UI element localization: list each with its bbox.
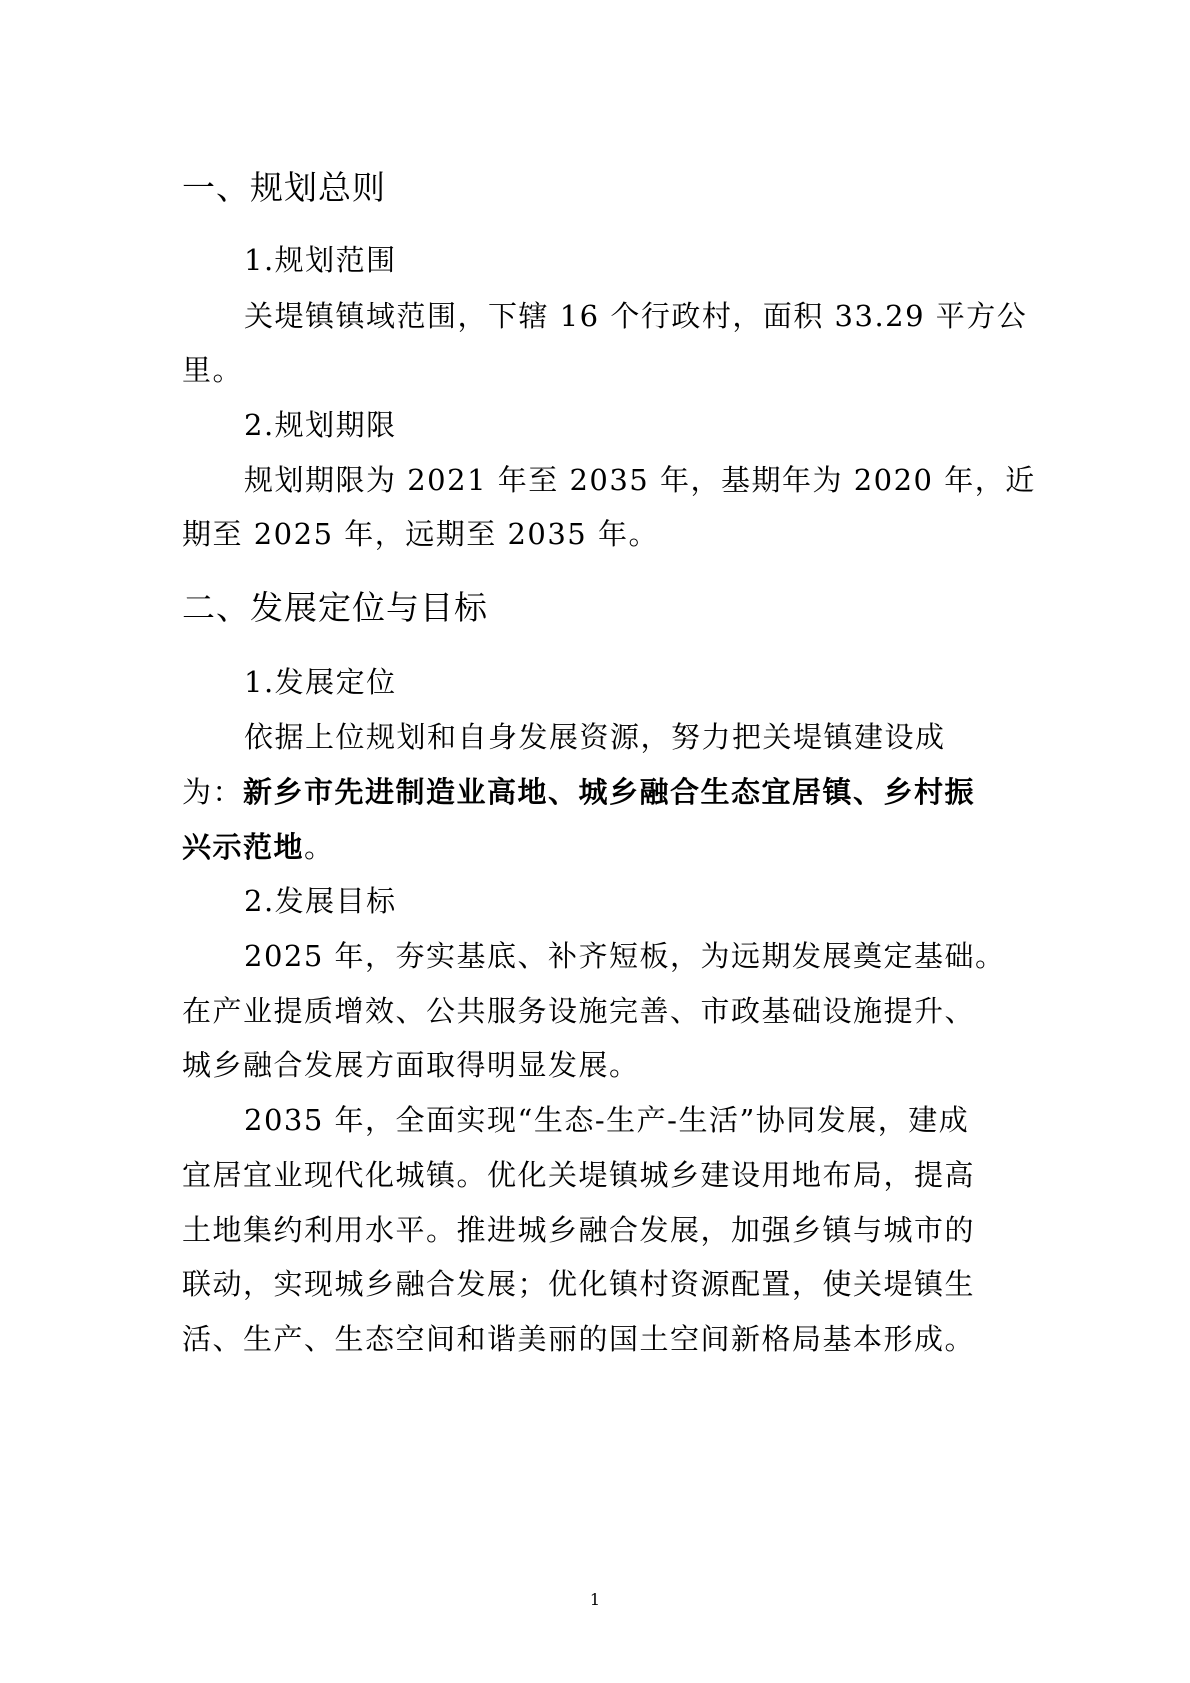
paragraph-line: 2025 年，夯实基底、补齐短板，为远期发展奠定基础。 [244,938,1006,974]
text: 。 [304,830,335,864]
paragraph-line: 期至 2025 年，远期至 2035 年。 [182,516,659,552]
subheading-positioning: 1.发展定位 [244,664,397,700]
subheading-planning-period: 2.规划期限 [244,407,397,443]
paragraph-line: 里。 [182,352,243,388]
paragraph-line: 兴示范地。 [182,829,335,865]
text: 为： [182,775,243,809]
paragraph-line: 土地集约利用水平。推进城乡融合发展，加强乡镇与城市的 [182,1212,975,1248]
page-number: 1 [0,1590,1190,1609]
paragraph-line: 2035 年，全面实现“生态-生产-生活”协同发展，建成 [244,1102,969,1138]
paragraph-line: 城乡融合发展方面取得明显发展。 [182,1047,640,1083]
positioning-statement-cont: 兴示范地 [182,830,304,864]
paragraph-line: 依据上位规划和自身发展资源，努力把关堤镇建设成 [244,719,946,755]
section-heading-1: 一、规划总则 [182,168,386,208]
paragraph-line: 联动，实现城乡融合发展；优化镇村资源配置，使关堤镇生 [182,1266,975,1302]
positioning-statement: 新乡市先进制造业高地、城乡融合生态宜居镇、乡村振 [243,775,975,809]
paragraph-line: 在产业提质增效、公共服务设施完善、市政基础设施提升、 [182,993,975,1029]
document-page: 一、规划总则 1.规划范围 关堤镇镇域范围，下辖 16 个行政村，面积 33.2… [0,0,1190,1683]
paragraph-line: 关堤镇镇域范围，下辖 16 个行政村，面积 33.29 平方公 [244,298,1027,334]
paragraph-line: 活、生产、生态空间和谐美丽的国土空间新格局基本形成。 [182,1321,975,1357]
subheading-planning-scope: 1.规划范围 [244,242,397,278]
subheading-goals: 2.发展目标 [244,883,397,919]
section-heading-2: 二、发展定位与目标 [182,588,488,628]
paragraph-line: 规划期限为 2021 年至 2035 年，基期年为 2020 年，近 [244,462,1036,498]
paragraph-line: 为：新乡市先进制造业高地、城乡融合生态宜居镇、乡村振 [182,774,975,810]
paragraph-line: 宜居宜业现代化城镇。优化关堤镇城乡建设用地布局，提高 [182,1157,975,1193]
